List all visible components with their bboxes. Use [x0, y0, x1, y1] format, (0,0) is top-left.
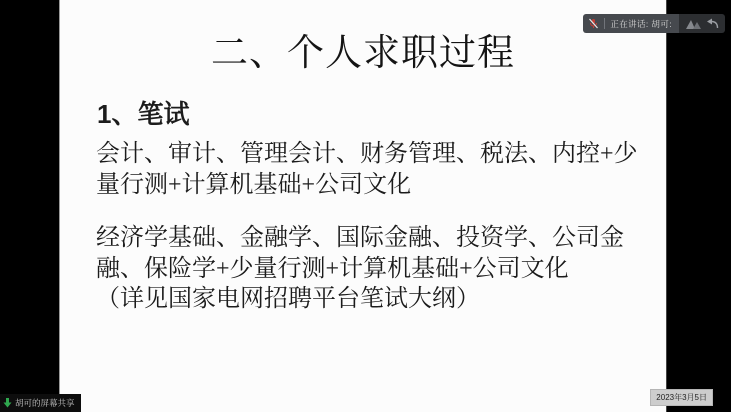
right-black-bar — [667, 0, 731, 412]
shared-screen-slide: 二、个人求职过程 1、笔试 会计、审计、管理会计、财务管理、税法、内控+少 量行… — [59, 0, 667, 412]
paragraph-line: 会计、审计、管理会计、财务管理、税法、内控+少 — [96, 139, 638, 170]
paragraph-line: 经济学基础、金融学、国际金融、投资学、公司金 — [96, 223, 624, 254]
paragraph-line: 融、保险学+少量行测+计算机基础+公司文化 — [96, 254, 624, 285]
mic-muted-icon — [588, 18, 599, 29]
slide-section-heading: 1、笔试 — [97, 94, 189, 131]
date-badge: 2023年3月5日 — [650, 389, 713, 406]
speaking-indicator-left: 正在讲话: 胡可: — [583, 14, 679, 33]
slide-title: 二、个人求职过程 — [60, 22, 666, 76]
screen-share-pill: 胡可的屏幕共享 — [0, 394, 81, 412]
slide-note: （详见国家电网招聘平台笔试大纲） — [96, 284, 480, 315]
slide-paragraph-finance: 经济学基础、金融学、国际金融、投资学、公司金 融、保险学+少量行测+计算机基础+… — [96, 223, 624, 285]
paragraph-line: （详见国家电网招聘平台笔试大纲） — [96, 284, 480, 315]
screen-share-down-arrow-icon — [3, 398, 12, 408]
slide-paragraph-accounting: 会计、审计、管理会计、财务管理、税法、内控+少 量行测+计算机基础+公司文化 — [96, 139, 638, 201]
network-signal-icon[interactable] — [685, 17, 702, 30]
speaking-indicator-bar: 正在讲话: 胡可: — [583, 14, 725, 33]
screen-share-label: 胡可的屏幕共享 — [15, 397, 75, 409]
speaking-indicator-label: 正在讲话: 胡可: — [610, 18, 672, 30]
divider — [604, 18, 605, 29]
paragraph-line: 量行测+计算机基础+公司文化 — [96, 170, 638, 201]
speaking-indicator-controls — [679, 14, 725, 33]
reply-arrow-icon[interactable] — [706, 18, 719, 30]
left-black-bar — [0, 0, 59, 412]
